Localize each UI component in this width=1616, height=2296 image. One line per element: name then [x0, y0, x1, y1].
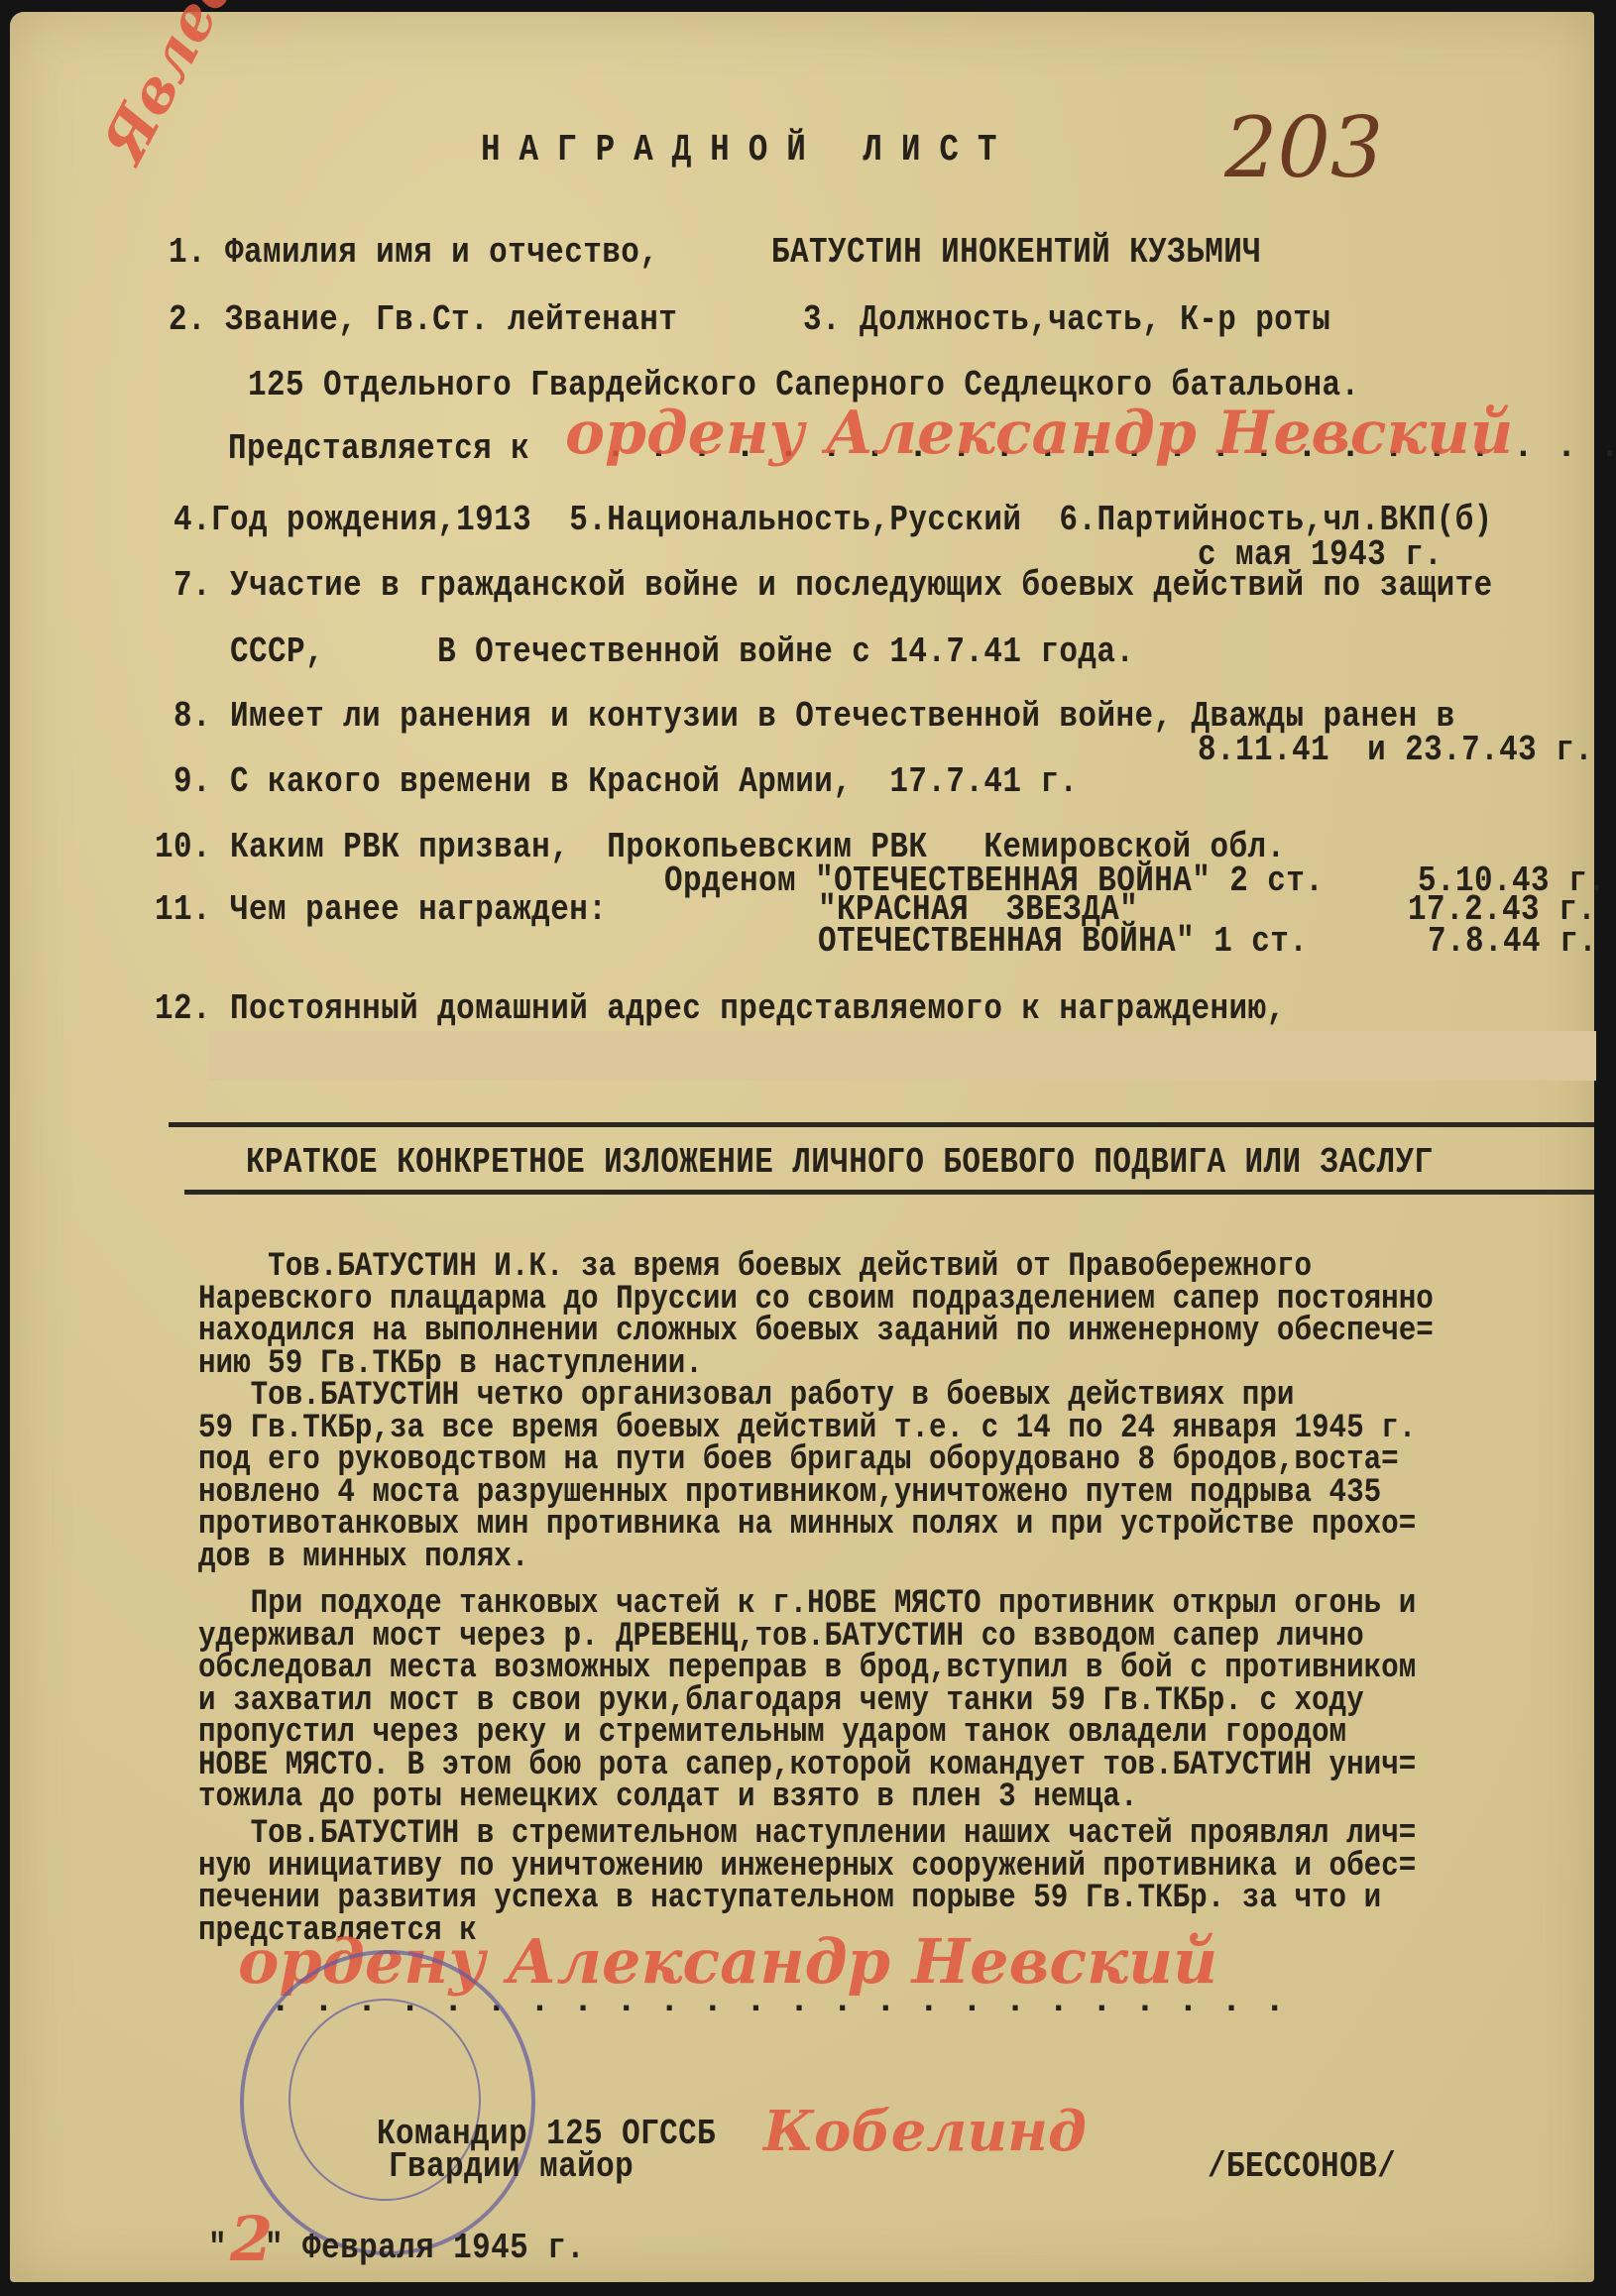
field-1-label: 1. Фамилия имя и отчество, — [169, 232, 658, 273]
field-7: 7. Участие в гражданской войне и последу… — [173, 565, 1493, 606]
signer-title-line-2: Гвардии майор — [389, 2146, 634, 2187]
narrative-paragraph-3: При подходе танковых частей к г.НОВЕ МЯС… — [198, 1588, 1392, 1814]
document-title: НАГРАДНОЙ ЛИСТ — [481, 129, 1015, 172]
section-rule-bottom — [184, 1190, 1594, 1195]
field-3-position: 3. Должность,часть, К-р роты — [803, 299, 1330, 340]
handwritten-signature: Кобелин​д — [763, 2099, 1087, 2164]
section-rule-top — [169, 1122, 1594, 1127]
award-3-date: 7.8.44 г. — [1428, 921, 1597, 962]
signature-date-day: 2 — [230, 2203, 273, 2275]
signer-name: /БЕССОНОВ/ — [1208, 2146, 1396, 2187]
unit-stamp — [240, 1950, 535, 2255]
field-8-cont: 8.11.41 и 23.7.43 г. — [1198, 730, 1593, 770]
award-3-name: ОТЕЧЕСТВЕННАЯ ВОЙНА" 1 ст. — [818, 921, 1308, 962]
address-redaction — [208, 1031, 1596, 1081]
field-1-value: БАТУСТИН ИНОКЕНТИЙ КУЗЬМИЧ — [771, 232, 1261, 273]
nominated-label: Представляется к — [228, 428, 529, 469]
section-heading: КРАТКОЕ КОНКРЕТНОЕ ИЗЛОЖЕНИЕ ЛИЧНОГО БОЕ… — [246, 1142, 1434, 1183]
field-9: 9. С какого времени в Красной Армии, 17.… — [173, 761, 1078, 802]
field-7-cont: СССР, В Отечественной войне с 14.7.41 го… — [230, 631, 1134, 672]
field-12: 12. Постоянный домашний адрес представля… — [155, 988, 1286, 1029]
award-sheet-page: Явлев НАГРАДНОЙ ЛИСТ 203 1. Фамилия имя … — [10, 12, 1594, 2282]
narrative-paragraph-1: Тов.БАТУСТИН И.К. за время боевых действ… — [198, 1251, 1392, 1380]
nomination-handwritten: ордену Александр Невский — [565, 399, 1513, 468]
field-2-rank: 2. Звание, Гв.Ст. лейтенант — [169, 299, 677, 340]
corner-handwritten-note: Явлев — [89, 0, 250, 173]
sheet-number: 203 — [1224, 99, 1383, 196]
narrative-paragraph-2: Тов.БАТУСТИН четко организовал работу в … — [198, 1380, 1392, 1573]
field-11-label: 11. Чем ранее награжден: — [155, 889, 607, 930]
